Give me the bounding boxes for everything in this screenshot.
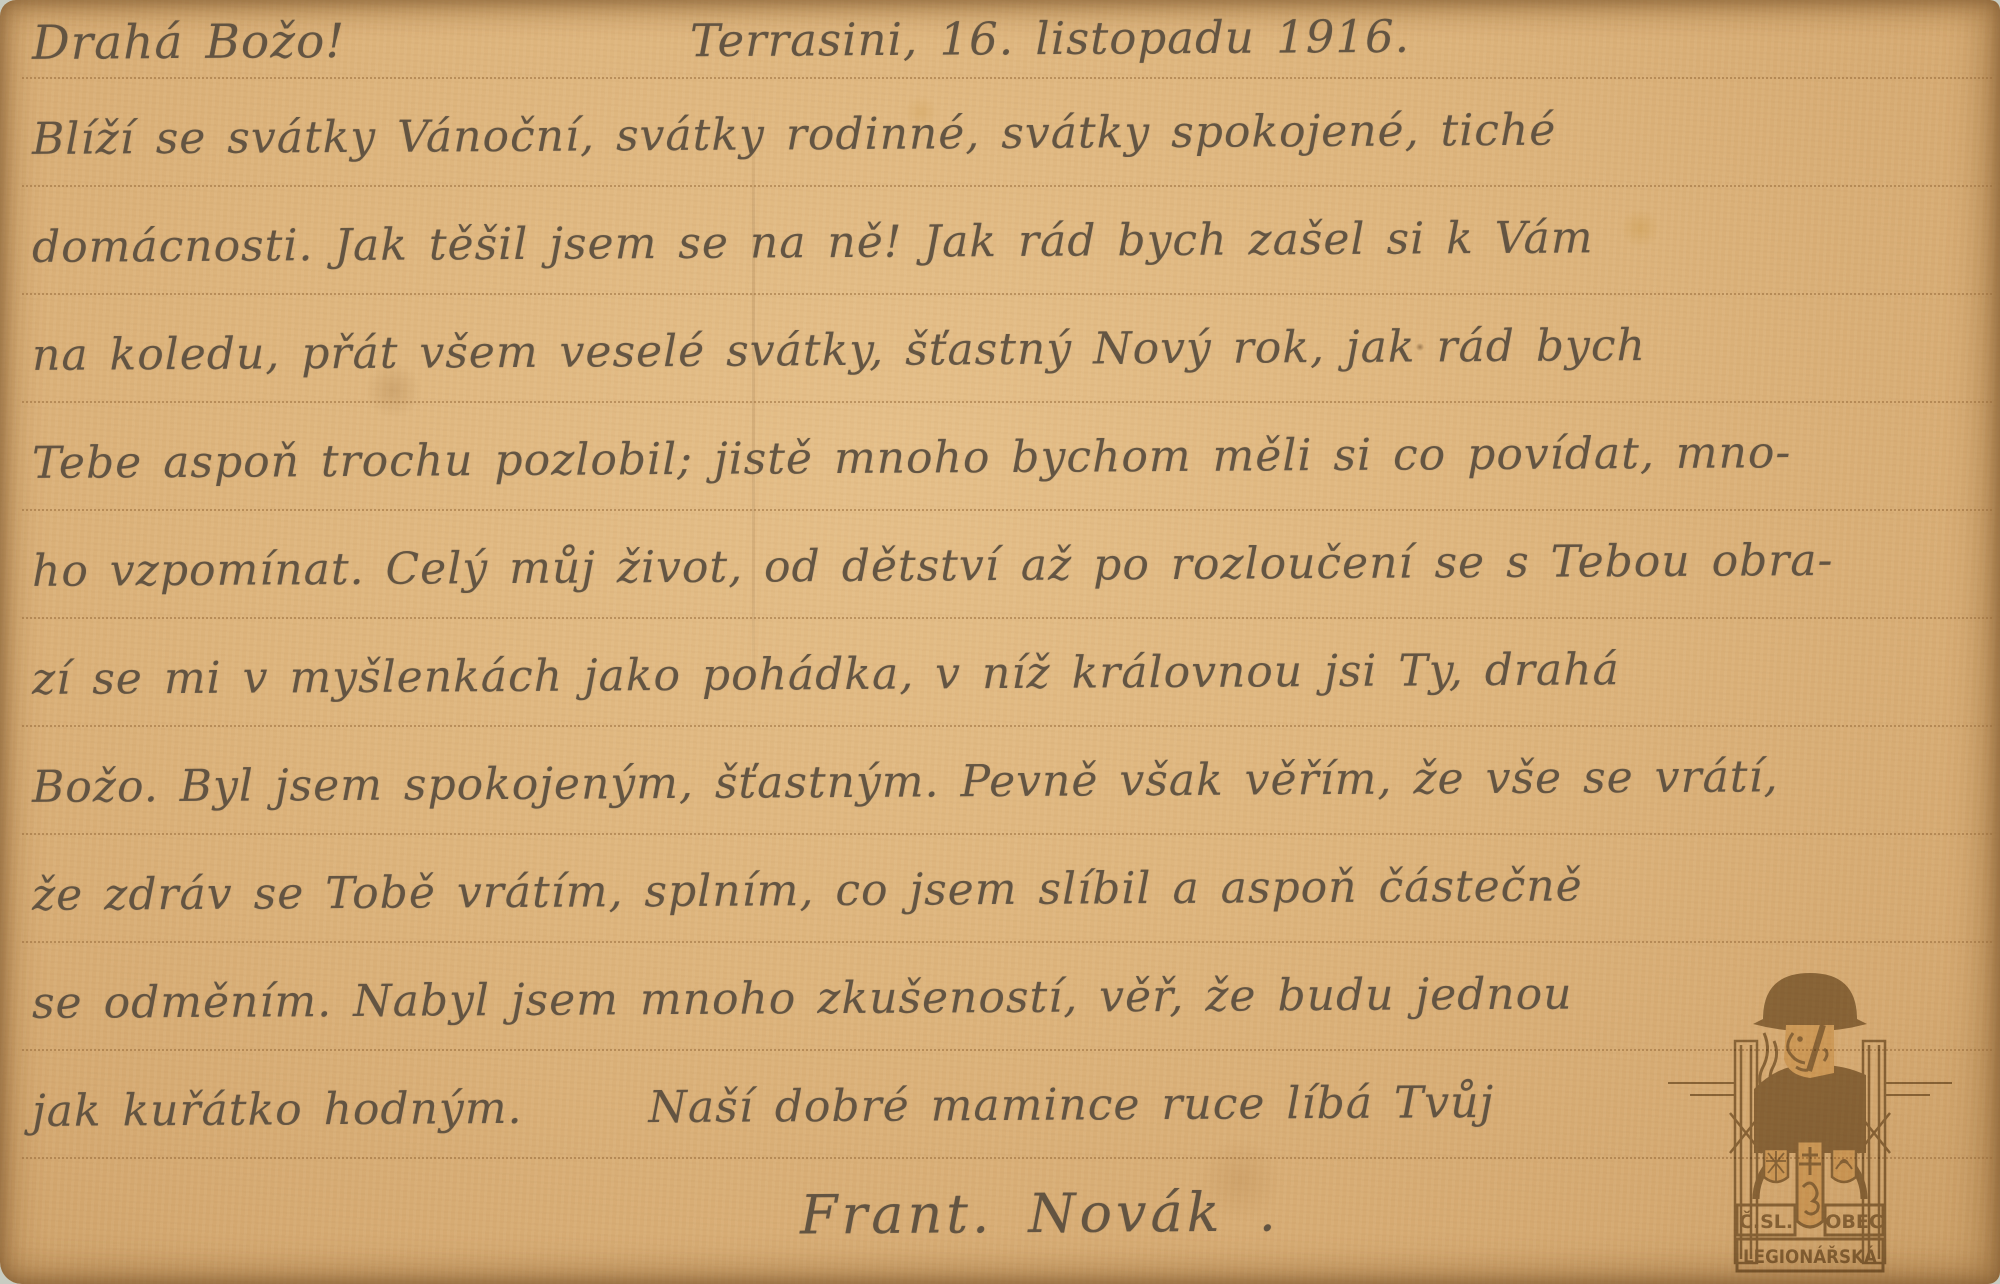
paper-crease: [752, 95, 755, 715]
ruled-line: [22, 509, 1992, 511]
ruled-line: [22, 293, 1992, 295]
ruled-line: [22, 725, 1992, 727]
legion-stamp-graphic: Č.SL. OBEC LEGIONÁŘSKÁ: [1660, 963, 1960, 1284]
ruled-line: [22, 401, 1992, 403]
stamp-text-legionarska: LEGIONÁŘSKÁ: [1743, 1245, 1877, 1268]
ruled-line: [22, 617, 1992, 619]
stamp-text-csl: Č.SL.: [1739, 1209, 1793, 1233]
stamp-text-obec: OBEC: [1825, 1211, 1883, 1233]
legion-stamp: Č.SL. OBEC LEGIONÁŘSKÁ: [1660, 963, 1960, 1284]
soldier-emblem-icon: [1753, 973, 1867, 1153]
ruled-line: [22, 185, 1992, 187]
signature: Frant. Novák .: [800, 1181, 1280, 1249]
postcard-scan: Drahá Božo! Terrasini, 16. listopadu 191…: [0, 0, 2000, 1284]
ruled-line: [22, 833, 1992, 835]
dateline: Terrasini, 16. listopadu 1916.: [690, 10, 1410, 68]
ruled-line: [22, 77, 1992, 79]
ruled-line: [22, 941, 1992, 943]
